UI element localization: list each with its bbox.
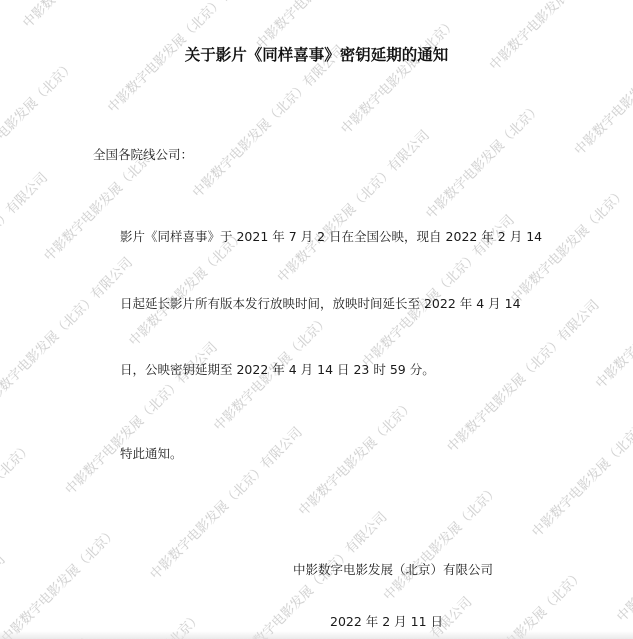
- body-line-2: 日起延长影片所有版本发行放映时间，放映时间延长至 2022 年 4 月 14: [120, 294, 521, 312]
- document-page: 关于影片《同样喜事》密钥延期的通知 全国各院线公司： 影片《同样喜事》于 202…: [0, 0, 633, 639]
- salutation: 全国各院线公司：: [93, 145, 193, 163]
- closing-remark: 特此通知。: [120, 444, 183, 462]
- signature-company: 中影数字电影发展（北京）有限公司: [293, 560, 493, 578]
- body-line-3: 日，公映密钥延期至 2022 年 4 月 14 日 23 时 59 分。: [120, 360, 435, 378]
- document-title: 关于影片《同样喜事》密钥延期的通知: [0, 43, 633, 65]
- document-date: 2022 年 2 月 11 日: [330, 612, 443, 630]
- bottom-edge-shadow: [0, 631, 633, 639]
- body-line-1: 影片《同样喜事》于 2021 年 7 月 2 日在全国公映，现自 2022 年 …: [120, 227, 542, 245]
